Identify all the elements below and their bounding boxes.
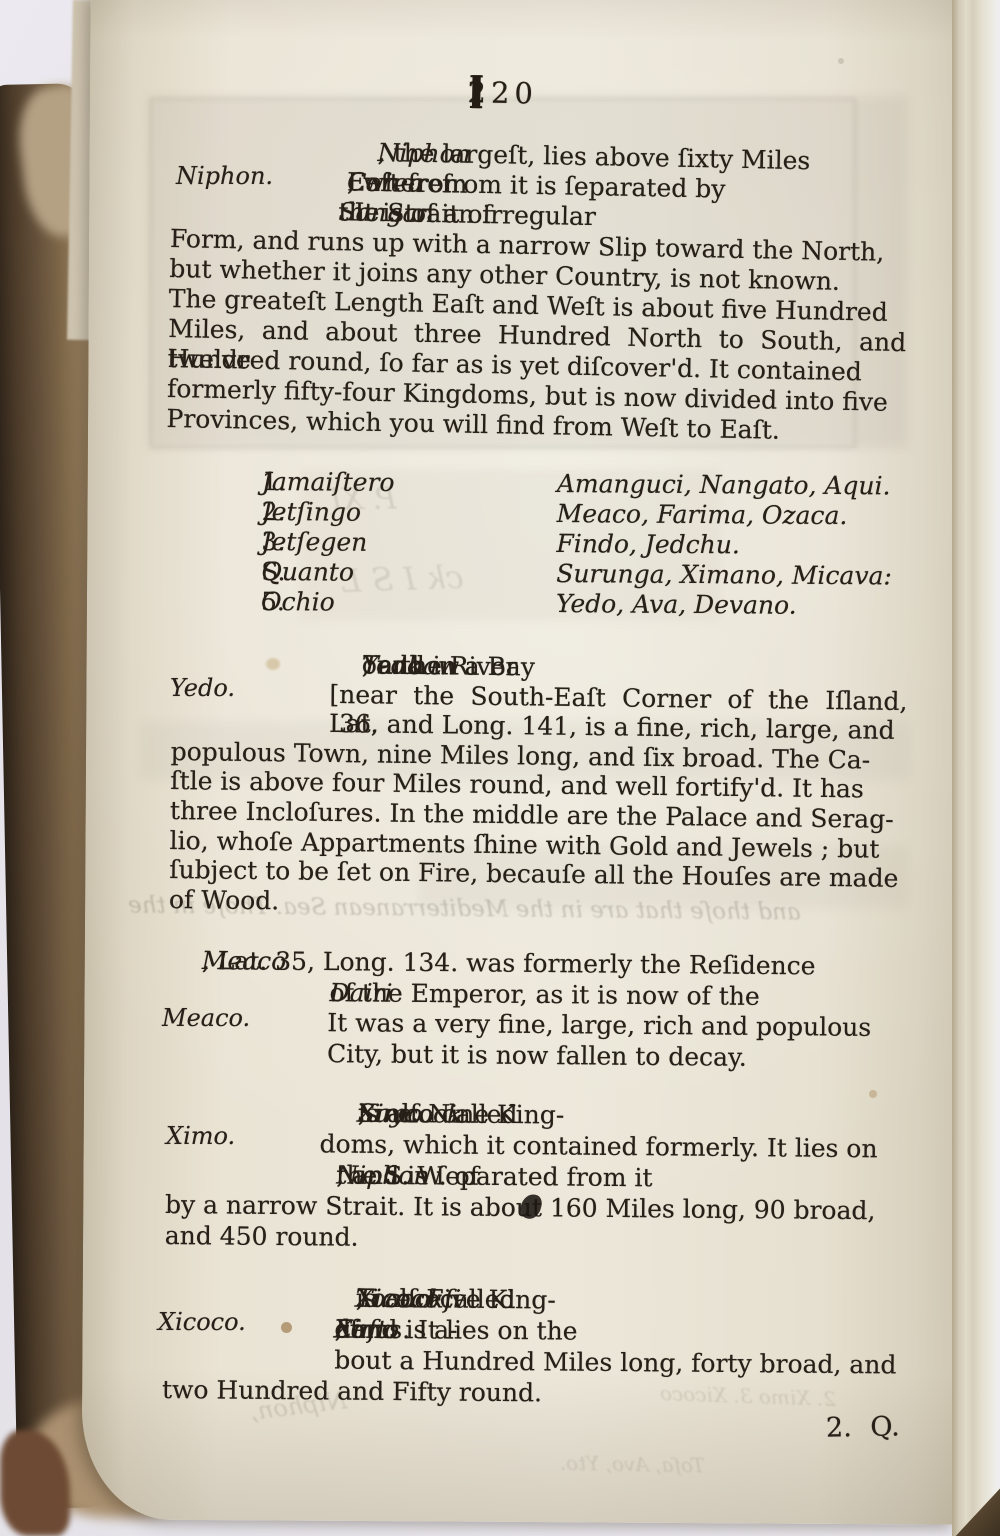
text-line: doms. It lies on the Eaſt of Ximo, and i… [334, 1313, 906, 1349]
roman-text: , and in a Bay [362, 650, 536, 682]
province-list-row: 5.OchioYedo, Ava, Devano. [261, 587, 921, 622]
paragraph: Meaco, Lat. 35, Long. 134. was formerly … [201, 946, 908, 1075]
province-names: Surunga, Ximano, Micava: [556, 559, 892, 591]
text-line: City, but it is now fallen to decay. [327, 1039, 907, 1075]
roman-text: , and is a- [334, 1313, 457, 1345]
text-line: Meaco, Lat. 35, Long. 134. was formerly … [202, 946, 908, 983]
province-names: Yedo, Ava, Devano. [556, 589, 797, 621]
roman-text: , Lat. 35, Long. 134. was formerly the R… [202, 946, 816, 982]
province-list-row: 2.JetſingoMeaco, Farima, Ozaca. [262, 497, 922, 532]
province-names: Amanguci, Nangato, Aqui. [557, 469, 891, 501]
roman-text: and 450 round. [165, 1220, 359, 1253]
roman-text: doms, which it contained formerly. It li… [319, 1128, 877, 1164]
text-line: doms, which it contained formerly. It li… [319, 1128, 907, 1164]
signature-mark: 2. Q. [826, 1411, 900, 1443]
book-photo: [ 220 ] and thoſe that are in the Medite… [0, 0, 1000, 1536]
kingdom-name: Jamaiſtero [262, 467, 395, 498]
province-list: 1.JamaiſteroAmanguci, Nangato, Aqui.2.Je… [261, 467, 922, 622]
text-line: of the Emperor, as it is now of the Dair… [329, 978, 907, 1014]
kingdom-name: Jetſingo [262, 497, 361, 528]
roman-text: , and is ſeparated from it [336, 1159, 652, 1193]
province-names: Meaco, Farima, Ozaca. [557, 499, 848, 531]
roman-text: It was a very fine, large, rich and popu… [327, 1008, 871, 1043]
text-line: bout a Hundred Miles long, forty broad, … [334, 1344, 906, 1380]
kingdom-name: Jetſegen [261, 527, 367, 558]
province-list-row: S.QuantoSurunga, Ximano, Micava: [261, 557, 921, 592]
paragraph: Ximo is alſo called Saycock, i. e. Nine … [165, 1096, 908, 1257]
province-names: Findo, Jedchu. [556, 529, 740, 560]
roman-text: of the Emperor, as it is now of the [329, 978, 759, 1012]
text-line: It was a very fine, large, rich and popu… [327, 1008, 907, 1044]
paragraph: Yedo on the River Tonkaw, and in a Bay[n… [169, 648, 908, 923]
province-list-row: 3.JetſegenFindo, Jedchu. [261, 527, 921, 562]
roman-text: , i. e. Five King- [356, 1283, 556, 1316]
kingdom-name: Quanto [261, 557, 354, 588]
roman-text: City, but it is now fallen to decay. [327, 1039, 747, 1073]
italic-text: Dairi [329, 978, 392, 1009]
roman-text: . It is of an irregular [338, 197, 596, 232]
kingdom-name: Ochio [261, 587, 335, 618]
roman-text: bout a Hundred Miles long, forty broad, … [334, 1344, 896, 1380]
roman-text: , i. e. Nine King- [358, 1098, 565, 1131]
paragraph: Xicoco is alſo called Tocockſi, i. e. Fi… [162, 1281, 907, 1411]
body-text-layer: Niphon, the largeſt, lies above ſixty Mi… [0, 0, 1000, 1536]
text-line: Xicoco is alſo called Tocockſi, i. e. Fi… [356, 1283, 907, 1319]
text-line: and 450 round. [165, 1220, 907, 1257]
paragraph: Niphon, the largeſt, lies above ſixty Mi… [166, 134, 910, 448]
text-line: the S. W. of Niphon, and is ſeparated fr… [336, 1159, 907, 1195]
roman-text: of Wood. [169, 885, 280, 916]
roman-text: two Hundred and Fifty round. [162, 1374, 542, 1408]
province-list-row: 1.JamaiſteroAmanguci, Nangato, Aqui. [262, 467, 922, 502]
text-line: Ximo is alſo called Saycock, i. e. Nine … [358, 1098, 908, 1134]
roman-text: . [329, 978, 337, 1009]
text-line: two Hundred and Fifty round. [162, 1374, 906, 1411]
